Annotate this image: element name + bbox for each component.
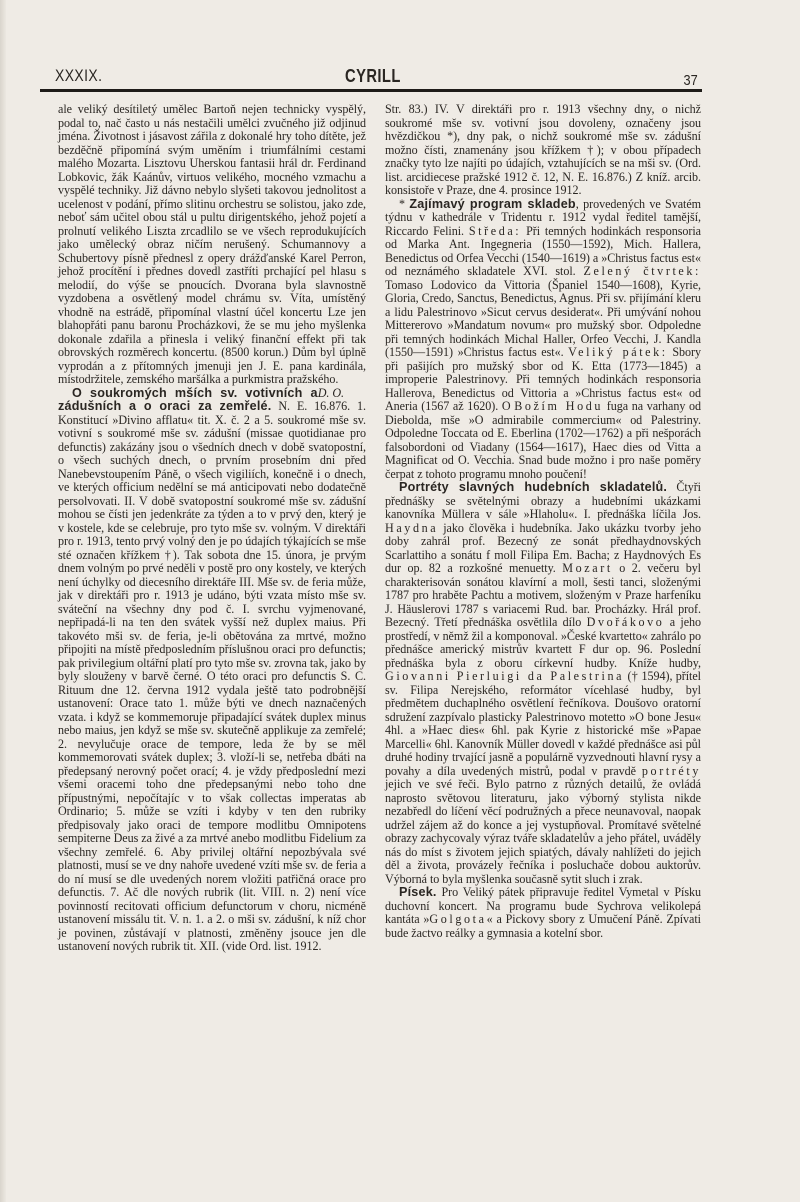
day-label: Zelený čtvrtek: <box>584 264 701 278</box>
concert-report-paragraph: ale veliký desítiletý umělec Bartoň neje… <box>58 103 366 387</box>
article-body: 1. Konstitucí »Divino afflatu« tit. X. č… <box>58 399 366 953</box>
article-heading: Portréty slavných hudebních skladatelů. <box>399 480 667 494</box>
article-pisek: Písek. Pro Veliký pátek připravuje ředit… <box>385 886 701 940</box>
left-column: ale veliký desítiletý umělec Bartoň neje… <box>58 103 366 954</box>
right-column: Str. 83.) IV. V direktáři pro r. 1913 vš… <box>385 103 701 940</box>
article-heading: Zajímavý program skladeb <box>409 197 575 211</box>
continuation-paragraph: Str. 83.) IV. V direktáři pro r. 1913 vš… <box>385 103 701 198</box>
article-reference: N. E. 16.876. <box>278 399 350 413</box>
author-signature: D. O. <box>318 387 344 401</box>
composer-name: Haydna <box>385 521 438 535</box>
concert-report-text: ale veliký desítiletý umělec Bartoň neje… <box>58 102 366 386</box>
day-label: Božím Hodu <box>514 399 603 413</box>
article-portraits: Portréty slavných hudebních skladatelů. … <box>385 481 701 886</box>
day-label: Středa: <box>469 224 521 238</box>
article-body: († 1594), přítel sv. Filipa Nerejského, … <box>385 669 701 778</box>
asterisk-mark: * <box>399 197 405 211</box>
continuation-text: Str. 83.) IV. V direktáři pro r. 1913 vš… <box>385 102 701 197</box>
page-edge <box>0 0 6 1202</box>
emphasized-word: portréty <box>642 764 701 778</box>
article-program: * Zajímavý program skladeb, provedených … <box>385 198 701 482</box>
article-heading: Písek. <box>399 885 437 899</box>
article-votive-masses: O soukromých mších sv. votivních a záduš… <box>58 387 366 954</box>
day-label: Veliký pátek: <box>568 345 668 359</box>
work-title: Golgota <box>429 912 486 926</box>
article-body: jejich ve své řeči. Bylo patrno z různýc… <box>385 777 701 886</box>
composer-name: Dvořákovo <box>587 615 665 629</box>
volume-number: XXXIX. <box>55 66 102 86</box>
composer-name: Mozart <box>562 561 613 575</box>
header-rule <box>40 89 702 92</box>
page-number: 37 <box>684 72 698 89</box>
journal-title: CYRILL <box>345 66 401 87</box>
composer-name: Giovanni Pierluigi da Palestrina <box>385 669 624 683</box>
